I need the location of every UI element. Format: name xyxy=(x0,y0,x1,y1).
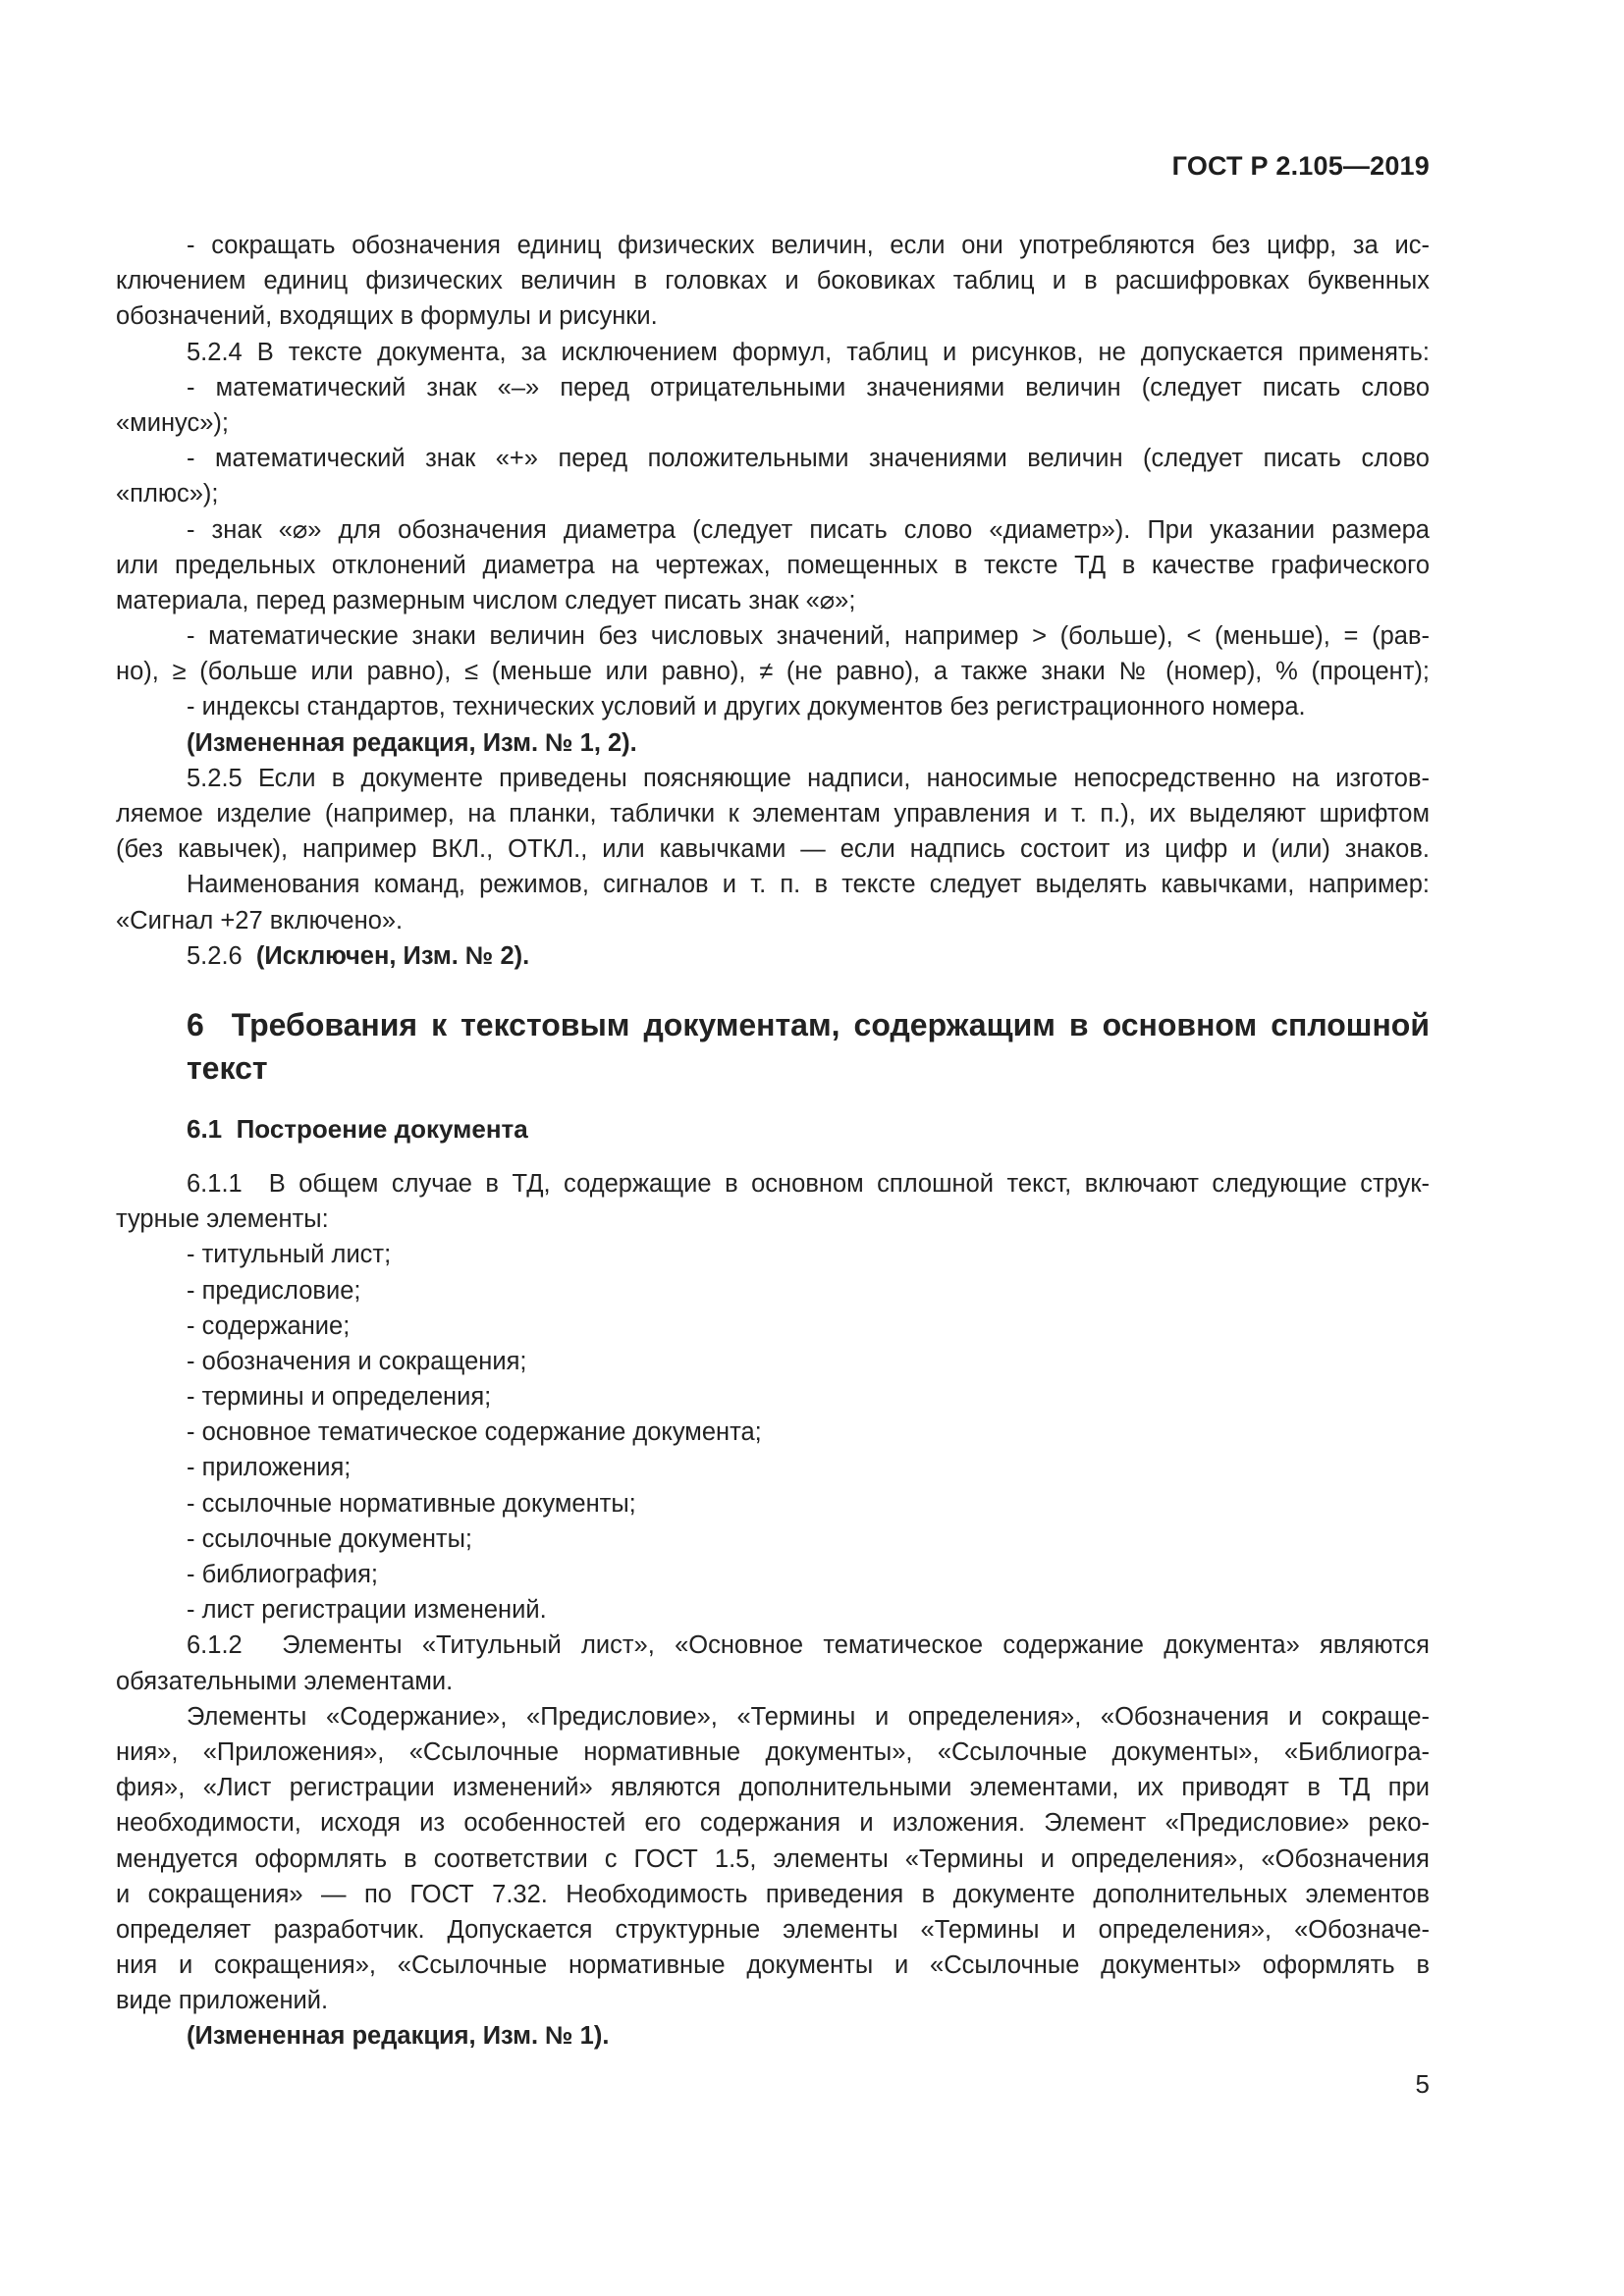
subsection-6-1-title: 6.1 Построение документа xyxy=(116,1111,1430,1147)
clause-6-1-2: 6.1.2 Элементы «Титульный лист», «Основн… xyxy=(116,1628,1430,1663)
list-item: - содержание; xyxy=(116,1308,1430,1344)
paragraph-line: ния», «Приложения», «Ссылочные нормативн… xyxy=(116,1735,1430,1770)
amendment-note: (Измененная редакция, Изм. № 1). xyxy=(116,2018,1430,2054)
clause-5-2-6: 5.2.6 (Исключен, Изм. № 2). xyxy=(116,938,1430,974)
list-item: - обозначения и сокращения; xyxy=(116,1344,1430,1379)
paragraph-line: и сокращения» — по ГОСТ 7.32. Необходимо… xyxy=(116,1877,1430,1912)
list-item-line: или предельных отклонений диаметра на че… xyxy=(116,548,1430,583)
page-number: 5 xyxy=(1416,2069,1430,2100)
paragraph-line: турные элементы: xyxy=(116,1201,1430,1237)
list-item-line: - индексы стандартов, технических услови… xyxy=(116,689,1430,724)
paragraph-line: «Сигнал +27 включено». xyxy=(116,903,1430,938)
list-item-line: обозначений, входящих в формулы и рисунк… xyxy=(116,298,1430,334)
list-item-line: «минус»); xyxy=(116,405,1430,441)
clause-5-2-4: 5.2.4 В тексте документа, за исключением… xyxy=(116,335,1430,370)
amendment-note: (Измененная редакция, Изм. № 1, 2). xyxy=(116,725,1430,761)
paragraph-line: обязательными элементами. xyxy=(116,1664,1430,1699)
list-item: - библиография; xyxy=(116,1557,1430,1592)
paragraph-line: (без кавычек), например ВКЛ., ОТКЛ., или… xyxy=(116,831,1430,867)
clause-number: 5.2.6 xyxy=(187,942,256,970)
list-item-line: - сокращать обозначения единиц физически… xyxy=(116,228,1430,263)
clause-6-1-1: 6.1.1 В общем случае в ТД, содержащие в … xyxy=(116,1166,1430,1201)
list-item-line: - знак «⌀» для обозначения диаметра (сле… xyxy=(116,512,1430,548)
list-item-line: - математический знак «+» перед положите… xyxy=(116,441,1430,476)
section-title-line-2: текст xyxy=(187,1046,1430,1090)
list-item: - предисловие; xyxy=(116,1273,1430,1308)
paragraph-line: фия», «Лист регистрации изменений» являю… xyxy=(116,1770,1430,1805)
section-5-continuation: - сокращать обозначения единиц физически… xyxy=(116,228,1430,974)
paragraph-line: ния и сокращения», «Ссылочные нормативны… xyxy=(116,1948,1430,1983)
list-item-line: но), ≥ (больше или равно), ≤ (меньше или… xyxy=(116,654,1430,689)
paragraph-line: виде приложений. xyxy=(116,1983,1430,2018)
list-item: - ссылочные документы; xyxy=(116,1522,1430,1557)
list-item-line: - математический знак «–» перед отрицате… xyxy=(116,370,1430,405)
paragraph-line: Наименования команд, режимов, сигналов и… xyxy=(116,867,1430,902)
paragraph-line: мендуется оформлять в соответствии с ГОС… xyxy=(116,1842,1430,1877)
paragraph-line: определяет разработчик. Допускается стру… xyxy=(116,1912,1430,1948)
list-item-line: - математические знаки величин без число… xyxy=(116,618,1430,654)
list-item: - основное тематическое содержание докум… xyxy=(116,1415,1430,1450)
list-item: - приложения; xyxy=(116,1450,1430,1485)
paragraph-line: Элементы «Содержание», «Предисловие», «Т… xyxy=(116,1699,1430,1735)
standard-designation-header: ГОСТ Р 2.105—2019 xyxy=(1172,151,1430,182)
section-6-title: 6 Требования к текстовым документам, сод… xyxy=(116,1003,1430,1090)
list-item: - лист регистрации изменений. xyxy=(116,1592,1430,1628)
list-item: - титульный лист; xyxy=(116,1237,1430,1272)
excluded-note: (Исключен, Изм. № 2). xyxy=(256,942,529,970)
section-title-line-1: 6 Требования к текстовым документам, сод… xyxy=(187,1003,1430,1046)
list-item-line: «плюс»); xyxy=(116,476,1430,511)
list-item: - ссылочные нормативные документы; xyxy=(116,1486,1430,1522)
list-item: - термины и определения; xyxy=(116,1379,1430,1415)
section-6-1-body: 6.1.1 В общем случае в ТД, содержащие в … xyxy=(116,1166,1430,2055)
paragraph-line: ляемое изделие (например, на планки, таб… xyxy=(116,796,1430,831)
list-item-line: ключением единиц физических величин в го… xyxy=(116,263,1430,298)
document-body: - сокращать обозначения единиц физически… xyxy=(116,228,1430,2055)
list-item-line: материала, перед размерным числом следуе… xyxy=(116,583,1430,618)
document-page: ГОСТ Р 2.105—2019 - сокращать обозначени… xyxy=(0,0,1624,2296)
clause-5-2-5: 5.2.5 Если в документе приведены поясняю… xyxy=(116,761,1430,796)
paragraph-line: необходимости, исходя из особенностей ег… xyxy=(116,1805,1430,1841)
